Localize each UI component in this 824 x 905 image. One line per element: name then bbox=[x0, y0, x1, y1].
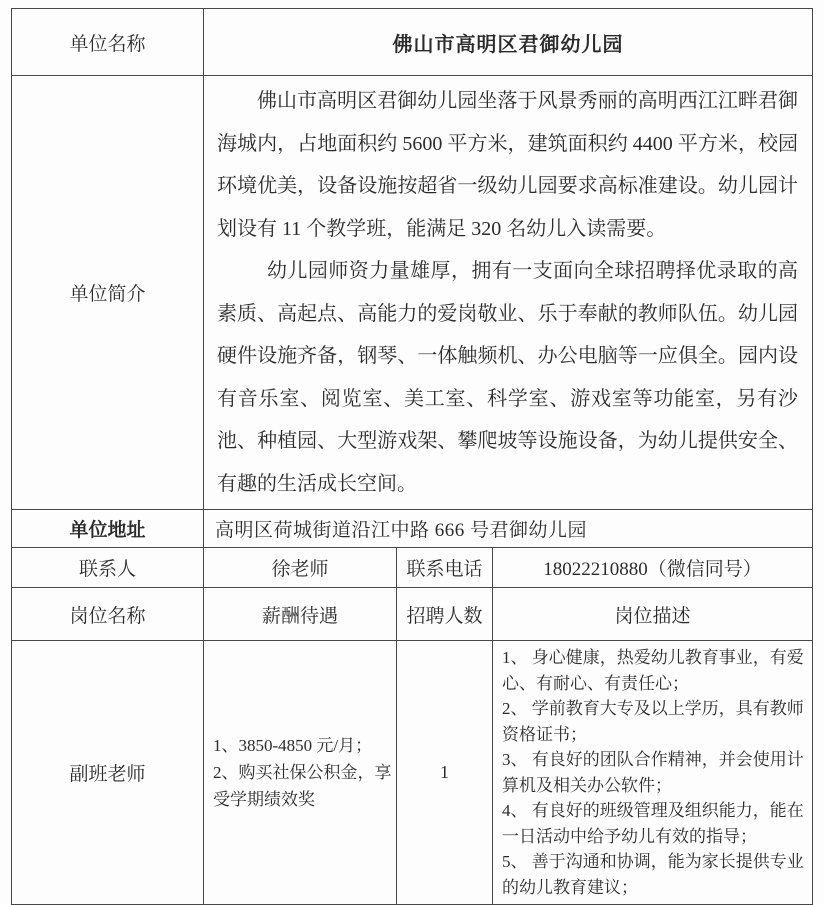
phone-value: 18022210880（微信同号） bbox=[493, 548, 813, 588]
contact-row: 联系人 徐老师 联系电话 18022210880（微信同号） bbox=[12, 548, 813, 588]
job-description-item: 3、 有良好的团队合作精神，并会使用计算机及相关办公软件； bbox=[502, 747, 807, 798]
job-name-cell: 副班老师 bbox=[12, 641, 204, 890]
unit-name-value: 佛山市高明区君御幼儿园 bbox=[204, 9, 813, 76]
salary-cell: 1、3850-4850 元/月； 2、购买社保公积金，享受学期绩效奖 bbox=[204, 641, 397, 890]
unit-intro-row: 单位简介 佛山市高明区君御幼儿园坐落于风景秀丽的高明西江江畔君御海城内，占地面积… bbox=[12, 76, 813, 510]
salary-item: 2、购买社保公积金，享受学期绩效奖 bbox=[213, 759, 392, 813]
unit-address-label: 单位地址 bbox=[12, 510, 204, 548]
unit-intro-content: 佛山市高明区君御幼儿园坐落于风景秀丽的高明西江江畔君御海城内，占地面积约 560… bbox=[204, 76, 813, 510]
salary-header: 薪酬待遇 bbox=[204, 588, 397, 641]
recruitment-table: 单位名称 佛山市高明区君御幼儿园 单位简介 佛山市高明区君御幼儿园坐落于风景秀丽… bbox=[11, 8, 813, 889]
unit-name-row: 单位名称 佛山市高明区君御幼儿园 bbox=[12, 9, 813, 76]
headcount-header: 招聘人数 bbox=[397, 588, 493, 641]
job-description-cell: 1、 身心健康，热爱幼儿教育事业，有爱心、有耐心、有责任心； 2、 学前教育大专… bbox=[493, 641, 813, 890]
job-description-item: 4、 有良好的班级管理及组织能力，能在一日活动中给予幼儿有效的指导； bbox=[502, 798, 807, 849]
job-row: 副班老师 1、3850-4850 元/月； 2、购买社保公积金，享受学期绩效奖 … bbox=[12, 641, 813, 890]
contact-value: 徐老师 bbox=[204, 548, 397, 588]
job-description-item: 1、 身心健康，热爱幼儿教育事业，有爱心、有耐心、有责任心； bbox=[502, 645, 807, 696]
unit-name-label: 单位名称 bbox=[12, 9, 204, 76]
job-description-item: 2、 学前教育大专及以上学历，具有教师资格证书； bbox=[502, 696, 807, 747]
unit-address-row: 单位地址 高明区荷城街道沿江中路 666 号君御幼儿园 bbox=[12, 510, 813, 548]
job-description-item: 5、 善于沟通和协调，能为家长提供专业的幼儿教育建议； bbox=[502, 849, 807, 889]
intro-paragraph-1: 佛山市高明区君御幼儿园坐落于风景秀丽的高明西江江畔君御海城内，占地面积约 560… bbox=[217, 80, 798, 250]
job-description-header: 岗位描述 bbox=[493, 588, 813, 641]
job-name-header: 岗位名称 bbox=[12, 588, 204, 641]
headcount-cell: 1 bbox=[397, 641, 493, 890]
job-header-row: 岗位名称 薪酬待遇 招聘人数 岗位描述 bbox=[12, 588, 813, 641]
contact-label: 联系人 bbox=[12, 548, 204, 588]
intro-paragraph-2: 幼儿园师资力量雄厚，拥有一支面向全球招聘择优录取的高素质、高起点、高能力的爱岗敬… bbox=[217, 250, 798, 505]
salary-item: 1、3850-4850 元/月； bbox=[213, 732, 392, 759]
phone-label: 联系电话 bbox=[397, 548, 493, 588]
unit-address-value: 高明区荷城街道沿江中路 666 号君御幼儿园 bbox=[204, 510, 813, 548]
unit-intro-label: 单位简介 bbox=[12, 76, 204, 510]
